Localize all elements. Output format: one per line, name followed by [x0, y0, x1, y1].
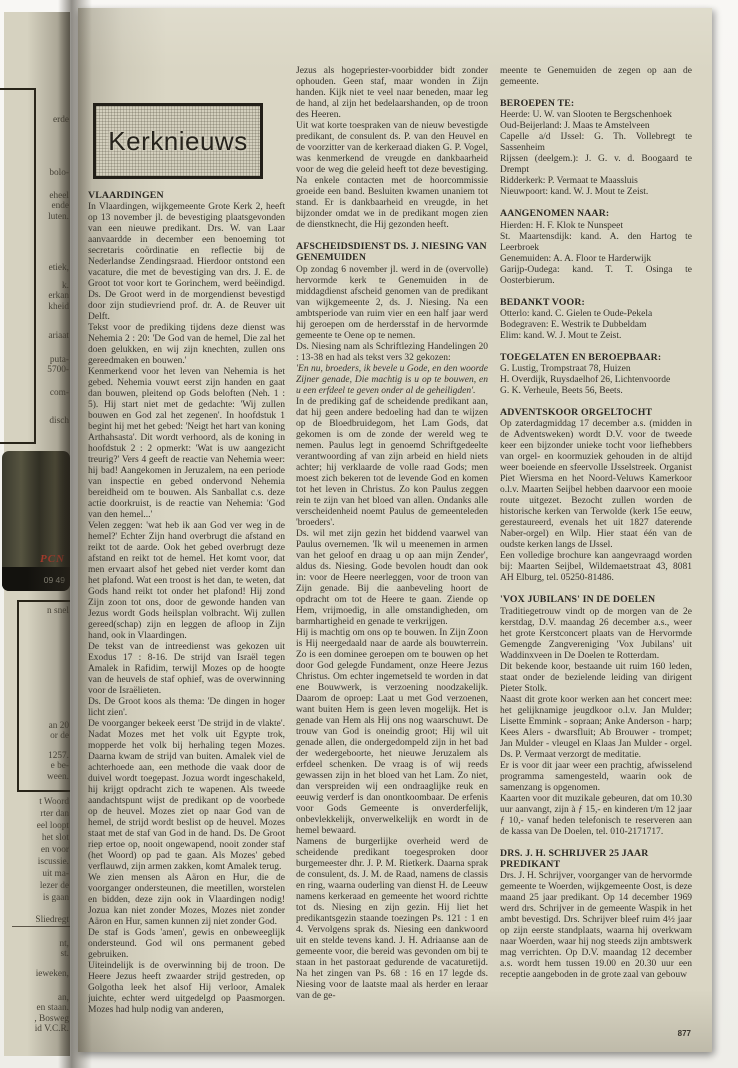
previous-page-edge: erde bolo- eheelendeluten. etiek, k.erka… — [4, 12, 70, 1056]
article-paragraph: Kaarten voor dit muzikale gebeuren, dat … — [500, 794, 692, 838]
article-paragraph: Genemuiden: A. A. Floor te Harderwijk — [500, 254, 692, 265]
article-paragraph: Oud-Beijerland: J. Maas te Amstelveen — [500, 121, 692, 132]
cutoff-text-fragment: disch — [49, 416, 69, 426]
photo-thumbnail: PCN 09 49 — [2, 451, 70, 591]
cutoff-text-fragment: an 20or de — [49, 721, 69, 742]
fragment-line: en staan. — [34, 1003, 69, 1013]
fragment-line: com- — [50, 388, 69, 398]
article-paragraph: Nieuwpoort: kand. W. J. Mout te Zeist. — [500, 187, 692, 198]
fragment-line: rter dan — [37, 808, 69, 820]
article-paragraph: meente te Genemuiden de zegen op aan de … — [500, 66, 692, 88]
kerknieuws-masthead-box: Kerknieuws — [93, 103, 263, 179]
text-column-1: Kerknieuws VLAARDINGENIn Vlaardingen, wi… — [88, 103, 285, 1021]
article-paragraph: De staf is Gods 'amen', gewis en onbewee… — [88, 928, 285, 961]
article-paragraph: Naast dit grote koor werken aan het conc… — [500, 695, 692, 761]
article-paragraph: Rijssen (deelgem.): J. G. v. d. Boogaard… — [500, 154, 692, 176]
cutoff-text-fragment: eheelendeluten. — [48, 191, 69, 222]
article-paragraph: 'En nu, broeders, ik bevele u Gode, en d… — [296, 364, 488, 397]
article-heading: ADVENTSKOOR ORGELTOCHT — [500, 407, 692, 418]
fragment-line: erkan — [48, 291, 69, 301]
article-paragraph: Ds. wil met zijn gezin het biddend vaarw… — [296, 529, 488, 628]
fragment-line: het slot — [37, 832, 69, 844]
article-paragraph: G. Lustig, Trompstraat 78, Huizen — [500, 364, 692, 375]
article-paragraph: Heerde: U. W. van Slooten te Bergschenho… — [500, 110, 692, 121]
article-paragraph: Namens de burgerlijke overheid werd de s… — [296, 837, 488, 1002]
article-paragraph: Er is voor dit jaar weer een prachtig, a… — [500, 761, 692, 794]
article-paragraph: Velen zeggen: 'wat heb ik aan God ver we… — [88, 521, 285, 642]
fragment-line: etiek, — [49, 263, 69, 273]
fragment-line: bolo- — [49, 168, 69, 178]
fragment-line: an 20 — [49, 721, 69, 731]
cutoff-text-fragment: puta-5700- — [47, 355, 69, 376]
fragment-line: iscussie. — [37, 856, 69, 868]
fragment-line: uit ma- — [37, 868, 69, 880]
divider-line — [12, 926, 70, 927]
fragment-line: ariaat — [48, 331, 69, 341]
cutoff-text-fragment: t Woordrter daneel loopthet sloten voori… — [37, 796, 69, 904]
article-paragraph: Dit bekende koor, bestaande uit ruim 160… — [500, 662, 692, 695]
fragment-line: erde — [53, 115, 69, 125]
text-column-3: meente te Genemuiden de zegen op aan de … — [500, 66, 692, 1024]
fragment-line: st. — [59, 949, 69, 959]
fragment-line: ieweken, — [36, 969, 69, 979]
article-paragraph: Uiteindelijk is de overwinning bij de tr… — [88, 961, 285, 1016]
fragment-line: is gaan — [37, 892, 69, 904]
page-number: 877 — [678, 1029, 691, 1038]
fragment-line: lezer de — [37, 880, 69, 892]
article-paragraph: Garijp-Oudega: kand. T. T. Osinga te Oos… — [500, 265, 692, 287]
text-column-2: Jezus als hogepriester-voorbidder bidt z… — [296, 66, 488, 1024]
article-heading: AFSCHEIDSDIENST DS. J. NIESING VAN GENEM… — [296, 241, 488, 264]
magazine-page: Kerknieuws VLAARDINGENIn Vlaardingen, wi… — [78, 8, 712, 1052]
article-paragraph: Otterlo: kand. C. Gielen te Oude-Pekela — [500, 309, 692, 320]
article-paragraph: Ds. De Groot koos als thema: 'De dingen … — [88, 697, 285, 719]
fragment-line: or de — [49, 731, 69, 741]
article-heading: BEDANKT VOOR: — [500, 297, 692, 308]
cutoff-text-fragment: ariaat — [48, 331, 69, 341]
article-paragraph: We zien mensen als Aäron en Hur, die de … — [88, 873, 285, 928]
fragment-line: en voor — [37, 844, 69, 856]
photo-number-label: 09 49 — [44, 575, 65, 585]
fragment-line: an, — [34, 993, 69, 1003]
article-paragraph: Drs. J. H. Schrijver, voorganger van de … — [500, 871, 692, 981]
photo-red-label: PCN — [40, 553, 65, 565]
fragment-line: t Woord — [37, 796, 69, 808]
fragment-line: k. — [48, 281, 69, 291]
masthead-title: Kerknieuws — [108, 136, 247, 147]
cutoff-text-fragment: 1257.e be-ween. — [47, 751, 69, 782]
article-heading: TOEGELATEN EN BEROEPBAAR: — [500, 352, 692, 363]
article-heading: VLAARDINGEN — [88, 190, 285, 201]
article-paragraph: In Vlaardingen, wijkgemeente Grote Kerk … — [88, 202, 285, 323]
fragment-line: nt, — [59, 939, 69, 949]
article-paragraph: Ridderkerk: P. Vermaat te Maassluis — [500, 176, 692, 187]
cutoff-signature-fragment: Sliedregt — [35, 915, 69, 925]
fragment-line: e be- — [47, 761, 69, 771]
cutoff-text-fragment: k.erkankheid — [48, 281, 69, 312]
article-paragraph: De voorganger bekeek eerst 'De strijd in… — [88, 719, 285, 873]
fragment-line: n snel — [47, 606, 69, 616]
cutoff-text-fragment: com- — [50, 388, 69, 398]
article-heading: 'VOX JUBILANS' IN DE DOELEN — [500, 594, 692, 605]
fragment-line: puta- — [47, 355, 69, 365]
article-heading: DRS. J. H. SCHRIJVER 25 JAAR PREDIKANT — [500, 848, 692, 871]
article-paragraph: G. K. Verheule, Beets 56, Beets. — [500, 386, 692, 397]
article-paragraph: In de prediking gaf de scheidende predik… — [296, 397, 488, 529]
scanned-magazine-spread: erde bolo- eheelendeluten. etiek, k.erka… — [0, 0, 738, 1068]
article-paragraph: Een volledige brochure kan aangevraagd w… — [500, 551, 692, 584]
fragment-line: eheel — [48, 191, 69, 201]
cutoff-text-fragment: n snel — [47, 606, 69, 616]
cutoff-text-fragment: ieweken, — [36, 969, 69, 979]
fragment-line: 1257. — [47, 751, 69, 761]
article-paragraph: Uit wat korte toespraken van de nieuw be… — [296, 121, 488, 231]
article-paragraph: Op zaterdagmiddag 17 december a.s. (midd… — [500, 419, 692, 551]
article-paragraph: Traditiegetrouw vindt op de morgen van d… — [500, 607, 692, 662]
fragment-line: id V.C.R. — [34, 1024, 69, 1034]
cutoff-text-fragment: an,en staan., Boswegid V.C.R. — [34, 993, 69, 1035]
fragment-line: eel loopt — [37, 820, 69, 832]
article-paragraph: Bodegraven: E. Westrik te Dubbeldam — [500, 320, 692, 331]
article-paragraph: Op zondag 6 november jl. werd in de (ove… — [296, 265, 488, 342]
fragment-line: , Bosweg — [34, 1014, 69, 1024]
fragment-line: kheid — [48, 302, 69, 312]
fragment-line: ween. — [47, 772, 69, 782]
fragment-line: disch — [49, 416, 69, 426]
article-paragraph: Ds. Niesing nam als Schriftlezing Handel… — [296, 342, 488, 364]
fragment-line: Sliedregt — [35, 915, 69, 925]
article-paragraph: Kenmerkend voor het leven van Nehemia is… — [88, 367, 285, 521]
article-heading: BEROEPEN TE: — [500, 98, 692, 109]
fragment-line: ende — [48, 201, 69, 211]
fragment-line: 5700- — [47, 365, 69, 375]
article-paragraph: St. Maartensdijk: kand. A. den Hartog te… — [500, 232, 692, 254]
cutoff-text-fragment: nt,st. — [59, 939, 69, 960]
fragment-line: luten. — [48, 212, 69, 222]
article-paragraph: Elim: kand. W. J. Mout te Zeist. — [500, 331, 692, 342]
article-paragraph: De tekst van de intreedienst was gekozen… — [88, 642, 285, 697]
article-paragraph: Jezus als hogepriester-voorbidder bidt z… — [296, 66, 488, 121]
cutoff-text-fragment: etiek, — [49, 263, 69, 273]
cutoff-text-fragment: bolo- — [49, 168, 69, 178]
article-paragraph: Hierden: H. F. Klok te Nunspeet — [500, 221, 692, 232]
article-paragraph: H. Overdijk, Ruysdaelhof 26, Lichtenvoor… — [500, 375, 692, 386]
article-paragraph: Hij is machtig om ons op te bouwen. In Z… — [296, 628, 488, 837]
cutoff-text-fragment: erde — [53, 115, 69, 125]
article-paragraph: Capelle a/d IJssel: G. Th. Vollebregt te… — [500, 132, 692, 154]
article-heading: AANGENOMEN NAAR: — [500, 208, 692, 219]
cutoff-article-box — [0, 88, 36, 444]
article-paragraph: Tekst voor de prediking tijdens deze die… — [88, 323, 285, 367]
